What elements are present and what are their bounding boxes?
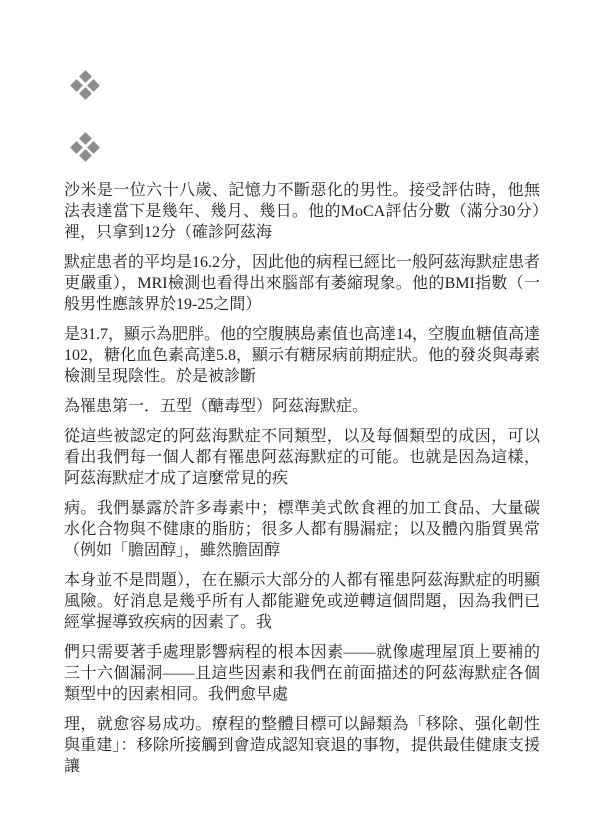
diamond-shape [79,87,92,100]
diamond-shape [87,79,100,92]
diamond-shape [70,141,83,154]
body-text: 沙米是一位六十八歲、記憶力不斷惡化的男性。接受評估時，他無法表達當下是幾年、幾月… [64,180,540,786]
diamond-shape [79,132,92,145]
paragraph: 病。我們暴露於許多毒素中；標準美式飲食裡的加工食品、大量碳水化合物與不健康的脂肪… [64,498,540,561]
paragraph: 為罹患第一．五型（醣毒型）阿茲海默症。 [64,396,540,417]
diamond-shape [79,70,92,83]
section-break-icon [72,134,98,160]
paragraph: 本身並不是問題），在在顯示大部分的人都有罹患阿茲海默症的明顯風險。好消息是幾乎所… [64,570,540,633]
paragraph: 們只需要著手處理影響病程的根本因素——就像處理屋頂上要補的三十六個漏洞——且這些… [64,642,540,705]
book-page: 沙米是一位六十八歲、記憶力不斷惡化的男性。接受評估時，他無法表達當下是幾年、幾月… [0,0,600,818]
paragraph: 默症患者的平均是16.2分，因此他的病程已經比一般阿茲海默症患者更嚴重），MRI… [64,252,540,315]
diamond-shape [70,79,83,92]
diamond-shape [79,149,92,162]
paragraph: 沙米是一位六十八歲、記憶力不斷惡化的男性。接受評估時，他無法表達當下是幾年、幾月… [64,180,540,243]
diamond-shape [87,141,100,154]
section-break-icon [72,72,98,98]
paragraph: 從這些被認定的阿茲海默症不同類型，以及每個類型的成因，可以看出我們每一個人都有罹… [64,426,540,489]
paragraph: 是31.7，顯示為肥胖。他的空腹胰島素值也高達14，空腹血糖值高達102，糖化血… [64,324,540,387]
paragraph: 理，就愈容易成功。療程的整體目標可以歸類為「移除、强化韌性與重建」：移除所接觸到… [64,714,540,777]
